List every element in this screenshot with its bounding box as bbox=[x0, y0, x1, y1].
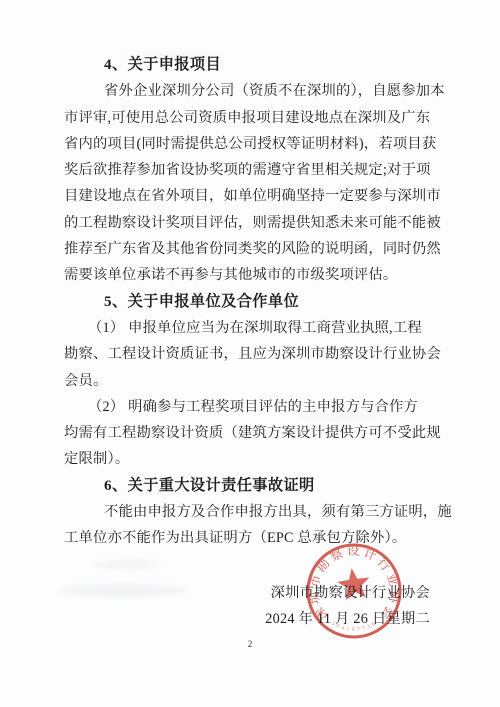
paragraph-line: 定限制）。 bbox=[64, 446, 438, 472]
paragraph-line: 奖后欲推荐参加省设协奖项的需遵守省里相关规定;对于项 bbox=[64, 157, 438, 183]
section-heading: 4、关于申报项目 bbox=[64, 52, 438, 78]
scan-noise bbox=[58, 585, 188, 596]
paragraph-line: 省内的项目(同时需提供总公司授权等证明材料)，若项目获 bbox=[64, 131, 438, 157]
paragraph-line: 会员。 bbox=[64, 368, 438, 394]
seal-serial-number: 504107738 bbox=[330, 621, 376, 633]
section-heading: 5、关于申报单位及合作单位 bbox=[64, 289, 438, 315]
paragraph-line: （2） 明确参与工程奖项目评估的主申报方与合作方 bbox=[64, 394, 438, 420]
paragraph-line: 省外企业深圳分公司（资质不在深圳的），自愿参加本 bbox=[64, 78, 438, 104]
section-heading: 6、关于重大设计责任事故证明 bbox=[64, 473, 438, 499]
paragraph-line: 市评审,可使用总公司资质申报项目建设地点在深圳及广东 bbox=[64, 105, 438, 131]
seal-star-icon bbox=[336, 566, 372, 601]
paragraph-line: 需要该单位承诺不再参与其他城市的市级奖项评估。 bbox=[64, 262, 438, 288]
page-number: 2 bbox=[0, 639, 500, 649]
paragraph-line: 目建设地点在省外项目，如单位明确坚持一定要参与深圳市 bbox=[64, 183, 438, 209]
paragraph-line: 均需有工程勘察设计资质（建筑方案设计提供方可不受此规 bbox=[64, 420, 438, 446]
paragraph-line: 的工程勘察设计奖项目评估，则需提供知悉未来可能不能被 bbox=[64, 210, 438, 236]
document-page: 4、关于申报项目省外企业深圳分公司（资质不在深圳的），自愿参加本市评审,可使用总… bbox=[0, 0, 500, 707]
scan-noise bbox=[92, 560, 162, 569]
paragraph-line: 不能由申报方及合作申报方出具，须有第三方证明，施 bbox=[64, 499, 438, 525]
paragraph-line: （1） 申报单位应当为在深圳取得工商营业执照,工程 bbox=[64, 315, 438, 341]
paragraph-line: 推荐至广东省及其他省份同类奖的风险的说明函，同时仍然 bbox=[64, 236, 438, 262]
official-seal: 深圳市勘察设计行业协会 504107738 bbox=[292, 529, 416, 653]
document-body: 4、关于申报项目省外企业深圳分公司（资质不在深圳的），自愿参加本市评审,可使用总… bbox=[64, 52, 438, 552]
paragraph-line: 勘察、工程设计资质证书，且应为深圳市勘察设计行业协会 bbox=[64, 341, 438, 367]
